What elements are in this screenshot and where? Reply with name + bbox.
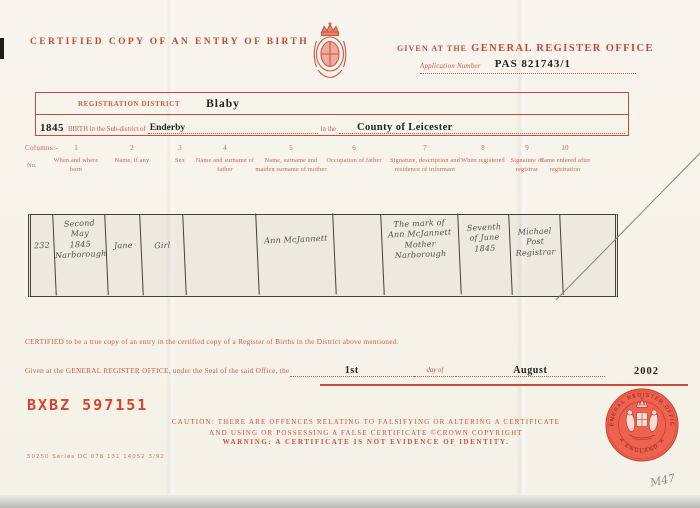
column-header-8: 8 When registered [461, 144, 505, 166]
column-label: Sex [165, 157, 195, 166]
registration-district-box: REGISTRATION DISTRICT Blaby 1845 BIRTH i… [35, 92, 629, 136]
column-label: When and where born [51, 157, 101, 174]
column-label: Name entered after registration [536, 157, 594, 174]
county-value: County of Leicester [339, 122, 625, 134]
column-number: 4 [193, 144, 257, 152]
column-header-2: 2 Name, if any [104, 144, 160, 166]
certified-statement: CERTIFIED to be a true copy of an entry … [25, 338, 399, 346]
when-registered-cell: Seventh of June 1845 [459, 214, 512, 297]
name-cell: Jane [105, 214, 143, 296]
sex-cell: Girl [140, 214, 186, 297]
column-number: 7 [377, 144, 473, 152]
column-header-4: 4 Name and surname of father [193, 144, 257, 174]
application-number-value: PAS 821743/1 [495, 58, 571, 70]
when-where-born-cell: Second May 1845 Narborough [53, 214, 109, 297]
column-label: Occupation of father [326, 157, 382, 166]
subdistrict-value: Enderby [148, 123, 318, 134]
district-row: REGISTRATION DISTRICT Blaby [36, 93, 628, 115]
column-number: 8 [461, 144, 505, 152]
column-header-3: 3 Sex [165, 144, 195, 166]
subdistrict-row: 1845 BIRTH in the Sub-district of Enderb… [36, 115, 628, 136]
column-label: Signature, description and residence of … [377, 157, 473, 174]
issue-year: 2002 [605, 366, 688, 377]
issue-day: 1st [290, 365, 415, 377]
certificate-title: CERTIFIED COPY OF AN ENTRY OF BIRTH [30, 37, 309, 47]
occupation-cell [333, 214, 384, 297]
print-code: 50250 Series DC 078 131 14052 3/92 [27, 454, 165, 460]
column-no-label: No. [27, 162, 36, 169]
column-number: 10 [536, 144, 594, 152]
column-label: When registered [461, 157, 505, 166]
column-header-1: 1 When and where born [51, 144, 101, 174]
paper-bottom-edge [0, 495, 700, 508]
given-at-title: GIVEN AT THE GENERAL REGISTER OFFICE [397, 38, 654, 56]
birth-certificate-scan: CERTIFIED COPY OF AN ENTRY OF BIRTH GIVE… [0, 0, 700, 508]
caution-text: CAUTION: THERE ARE OFFENCES RELATING TO … [140, 417, 592, 438]
entry-no-cell: 232 [29, 215, 56, 297]
caution-line-1: CAUTION: THERE ARE OFFENCES RELATING TO … [140, 417, 592, 428]
warning-text: WARNING: A CERTIFICATE IS NOT EVIDENCE O… [140, 438, 592, 446]
column-number: 5 [255, 144, 327, 152]
application-number-label: Application Number [420, 63, 481, 70]
entry-year: 1845 [40, 122, 64, 134]
registrar-cell: Michael Post Registrar [508, 214, 564, 297]
registration-district-label: REGISTRATION DISTRICT [78, 100, 180, 108]
royal-crest-icon [306, 20, 354, 84]
column-number: 3 [165, 144, 195, 152]
father-cell [183, 213, 261, 297]
in-the-label: in the [321, 126, 336, 134]
column-label: Name, if any [104, 157, 160, 166]
gro-office-title: GENERAL REGISTER OFFICE [471, 43, 654, 54]
scan-edge-artifact [0, 38, 4, 59]
given-at-statement: Given at the GENERAL REGISTER OFFICE, un… [25, 367, 290, 377]
column-number: 2 [104, 144, 160, 152]
issue-month: August [456, 365, 605, 377]
column-header-10: 10 Name entered after registration [536, 144, 594, 174]
column-header-7: 7 Signature, description and residence o… [377, 144, 473, 174]
application-number: Application Number PAS 821743/1 [420, 58, 636, 74]
day-of-label: day of [414, 367, 456, 377]
column-label: Name, surname and maiden surname of moth… [255, 157, 327, 174]
informant-cell: The mark of Ann McJannett Mother Narboro… [381, 213, 463, 297]
caution-line-2: AND USING OR POSSESSING A FALSE CERTIFIC… [140, 428, 592, 439]
register-entry-table: 232 Second May 1845 Narborough Jane Girl… [28, 214, 618, 297]
column-header-5: 5 Name, surname and maiden surname of mo… [255, 144, 327, 174]
column-number: 6 [326, 144, 382, 152]
certificate-serial-number: BXBZ 597151 [27, 396, 148, 414]
gro-seal: GENERAL REGISTER OFFICE ✕ ENGLAND ✕ [602, 385, 682, 465]
column-label: Name and surname of father [193, 157, 257, 174]
birth-subdistrict-label: BIRTH in the Sub-district of [68, 126, 146, 134]
given-at-prefix: GIVEN AT THE [397, 44, 467, 53]
issue-date-row: Given at the GENERAL REGISTER OFFICE, un… [25, 362, 688, 377]
name-after-registration-cell [561, 214, 617, 297]
mother-cell: Ann McJannett [257, 213, 337, 297]
pencil-annotation: M47 [649, 472, 676, 490]
column-number: 1 [51, 144, 101, 152]
registration-district-value: Blaby [206, 98, 240, 110]
column-header-6: 6 Occupation of father [326, 144, 382, 166]
